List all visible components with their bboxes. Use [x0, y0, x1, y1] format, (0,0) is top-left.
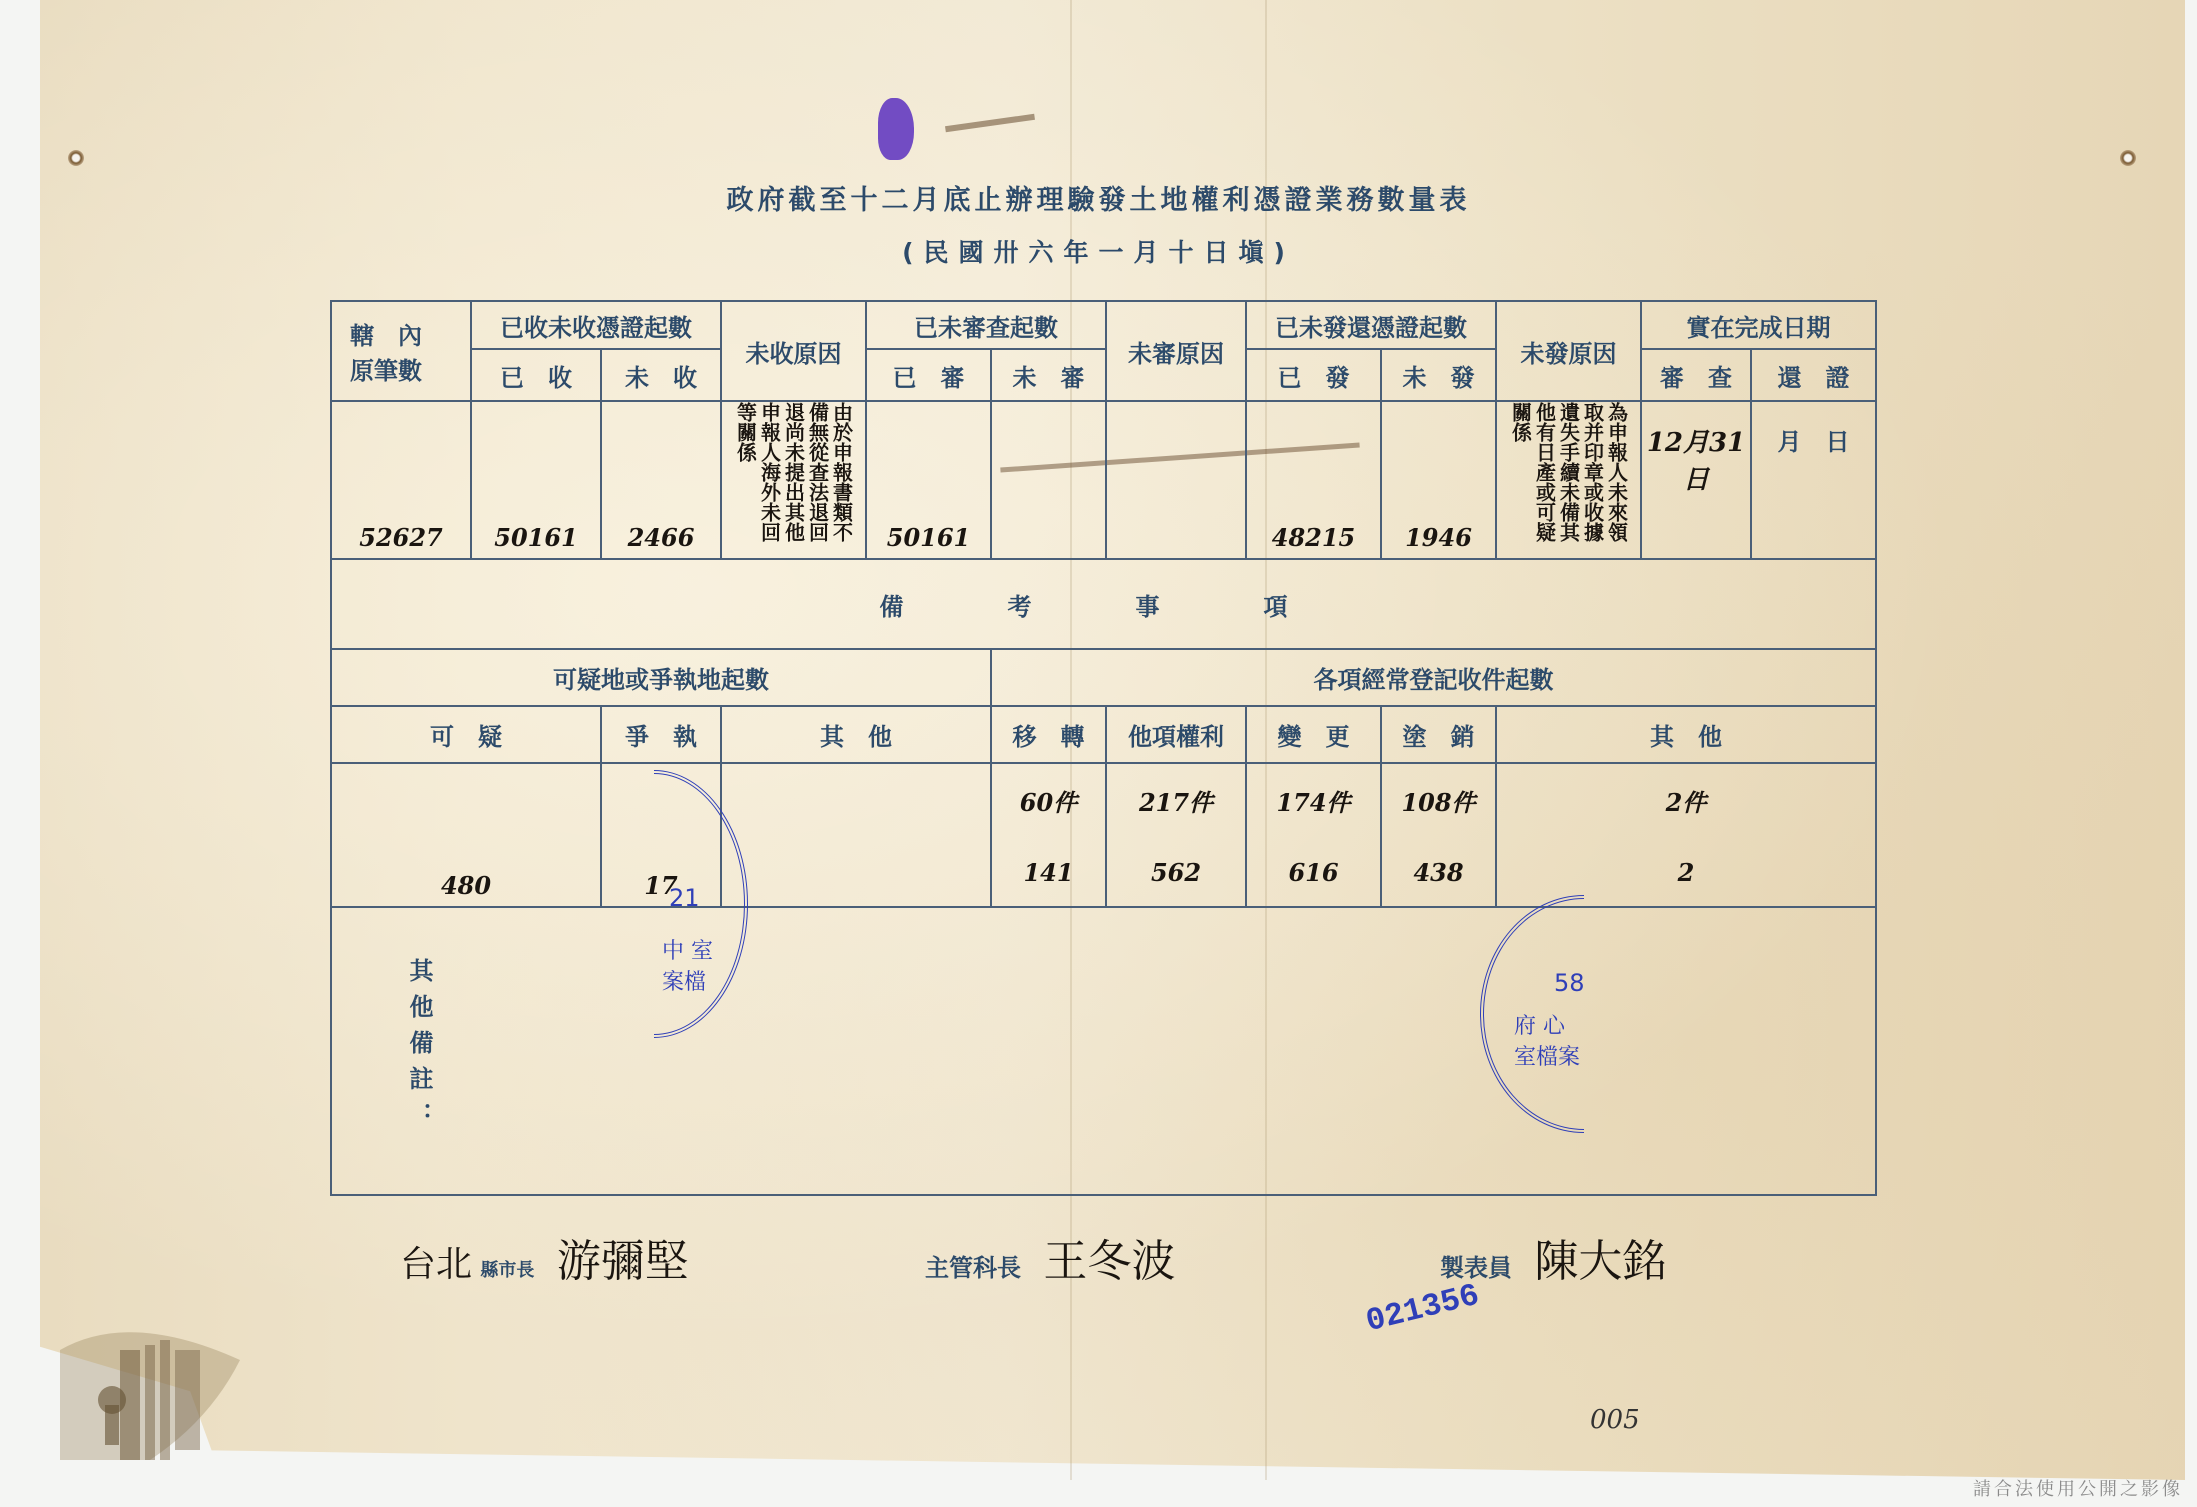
document-title: 政府截至十二月底止辦理驗發土地權利憑證業務數量表 [0, 178, 2197, 217]
reg-col-other: 其 他 [1496, 706, 1876, 763]
cell-not-reviewed [991, 401, 1106, 559]
header-received-group: 已收未收憑證起數 [471, 301, 721, 349]
header-not-issued: 未 發 [1381, 349, 1496, 401]
statistics-form-table: 轄 內 原筆數 已收未收憑證起數 未收原因 已未審查起數 未審原因 已未發還憑證… [330, 300, 1877, 1196]
cell-suspicious: 480 [331, 763, 601, 907]
other-notes-label: 其他備註： [402, 958, 437, 1138]
cell-reg-other: 2件2 [1496, 763, 1876, 907]
registrations-group-header: 各項經常登記收件起數 [991, 649, 1876, 706]
cell-return-date: 月 日 [1751, 401, 1876, 559]
punch-hole [2120, 150, 2136, 166]
header-not-reviewed: 未 審 [991, 349, 1106, 401]
header-completion-group: 實在完成日期 [1641, 301, 1876, 349]
disputed-col-suspicious: 可 疑 [331, 706, 601, 763]
header-not-received-reason: 未收原因 [721, 301, 866, 401]
cell-disputed-other [721, 763, 991, 907]
disputed-group-header: 可疑地或爭執地起數 [331, 649, 991, 706]
mayor-signature: 台北 縣市長 游彌堅 [400, 1225, 689, 1289]
remarks-header: 備 考 事 項 [331, 559, 1876, 649]
cell-cancel: 108件438 [1381, 763, 1496, 907]
cell-review-date: 12月31日 [1641, 401, 1751, 559]
punch-hole [68, 150, 84, 166]
header-not-reviewed-reason: 未審原因 [1106, 301, 1246, 401]
document-date: (民國卅六年一月十日塡) [0, 233, 2197, 269]
cell-transfer: 60件141 [991, 763, 1106, 907]
header-received: 已 收 [471, 349, 601, 401]
cell-reviewed: 50161 [866, 401, 991, 559]
cell-not-issued: 1946 [1381, 401, 1496, 559]
header-issued: 已 發 [1246, 349, 1381, 401]
header-reviewed: 已 審 [866, 349, 991, 401]
cell-not-received-reason: 由於申報書類不備無從查法退回退尚未提出其他申報人海外未回等關係 [721, 401, 866, 559]
cell-other-rights: 217件562 [1106, 763, 1246, 907]
reg-col-change: 變 更 [1246, 706, 1381, 763]
cell-issued: 48215 [1246, 401, 1381, 559]
purple-ink-stain [878, 98, 914, 160]
section-chief-signature: 主管科長 王冬波 [925, 1225, 1175, 1289]
disputed-col-other: 其 他 [721, 706, 991, 763]
cell-not-issued-reason: 為申報人未來領取并印章或收據遺失手續未備其他有日產或可疑關係 [1496, 401, 1641, 559]
header-reviewed-group: 已未審查起數 [866, 301, 1106, 349]
cell-change: 174件616 [1246, 763, 1381, 907]
header-return-date: 還 證 [1751, 349, 1876, 401]
cell-jurisdiction-count: 52627 [331, 401, 471, 559]
header-jurisdiction-count: 轄 內 原筆數 [331, 301, 471, 401]
reg-col-other-rights: 他項權利 [1106, 706, 1246, 763]
other-notes-cell: 其他備註： [331, 907, 1876, 1195]
header-not-issued-reason: 未發原因 [1496, 301, 1641, 401]
cell-received: 50161 [471, 401, 601, 559]
usage-watermark: 請合法使用公開之影像 [1973, 1475, 2183, 1501]
cell-not-reviewed-reason [1106, 401, 1246, 559]
page-number: 005 [1590, 1405, 1640, 1435]
reg-col-cancel: 塗 銷 [1381, 706, 1496, 763]
archive-logo-icon [40, 1310, 250, 1460]
header-not-received: 未 收 [601, 349, 721, 401]
disputed-col-contested: 爭 執 [601, 706, 721, 763]
header-issued-group: 已未發還憑證起數 [1246, 301, 1496, 349]
reg-col-transfer: 移 轉 [991, 706, 1106, 763]
header-review-date: 審 查 [1641, 349, 1751, 401]
cell-not-received: 2466 [601, 401, 721, 559]
